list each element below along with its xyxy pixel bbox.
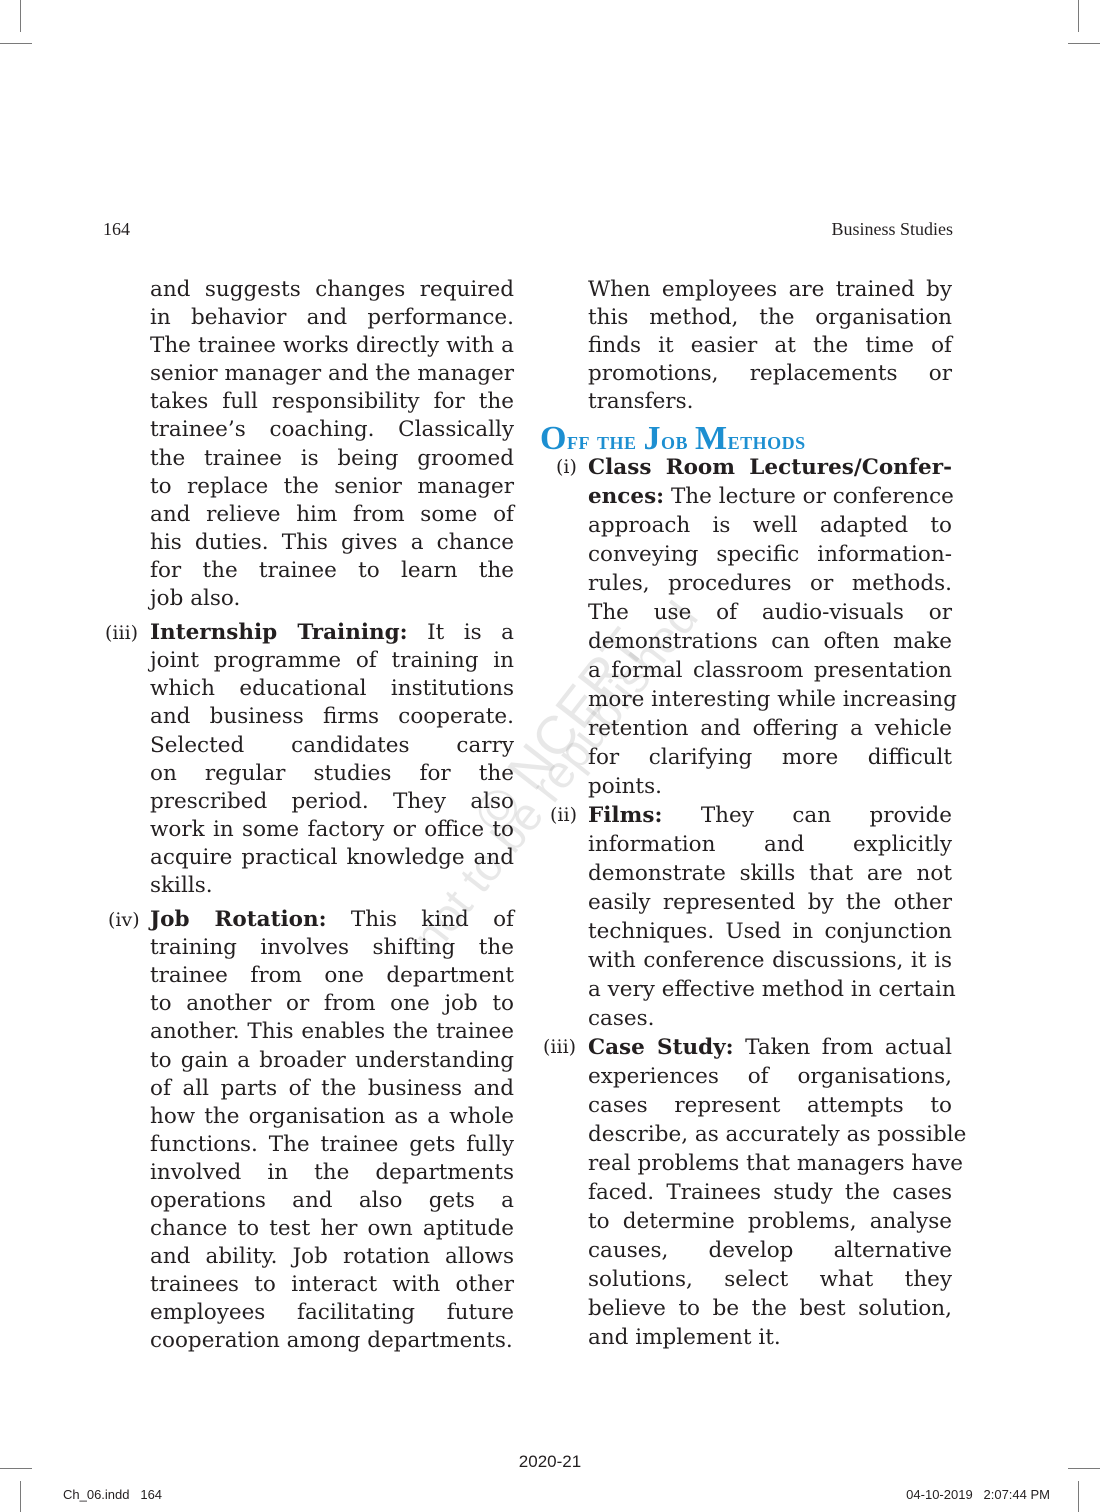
text-fragment: They can provide — [701, 803, 952, 828]
text-line: training involves shifting the — [150, 934, 514, 962]
text-line: to determine problems, analyse — [588, 1207, 952, 1236]
text-line: When employees are trained by — [588, 276, 952, 304]
text-line: real problems that managers have — [588, 1149, 952, 1178]
list-item-class-room-lectures: (i) Class Room Lectures/Confer- ences: T… — [588, 453, 952, 801]
text-line: causes, develop alternative — [588, 1236, 952, 1265]
text-line: Case Study: Taken from actual — [588, 1033, 952, 1062]
text-line: Films: They can provide — [588, 801, 952, 830]
text-line: prescribed period. They also — [150, 788, 514, 816]
text-line: trainees to interact with other — [150, 1271, 514, 1299]
text-line: finds it easier at the time of — [588, 332, 952, 360]
page-number: 164 — [103, 219, 130, 240]
text-line: to gain a broader understanding — [150, 1047, 514, 1075]
text-line: and ability. Job rotation allows — [150, 1243, 514, 1271]
list-marker: (iii) — [543, 1033, 576, 1061]
left-continuation-paragraph: and suggests changes required in behavio… — [150, 276, 514, 613]
crop-mark — [20, 0, 21, 32]
print-timestamp: 04-10-2019 2:07:44 PM — [906, 1487, 1050, 1502]
item-term: Job Rotation: — [150, 907, 327, 932]
text-line: believe to be the best solution, — [588, 1294, 952, 1323]
text-line: easily represented by the other — [588, 888, 952, 917]
footer-year: 2020-21 — [0, 1452, 1100, 1472]
text-line: employees facilitating future — [150, 1299, 514, 1327]
text-line: conveying specific information- — [588, 540, 952, 569]
text-line: this method, the organisation — [588, 304, 952, 332]
text-line: The trainee works directly with a — [150, 332, 514, 360]
text-line: Selected candidates carry — [150, 732, 514, 760]
text-line: techniques. Used in conjunction — [588, 917, 952, 946]
text-line: a formal classroom presentation — [588, 656, 952, 685]
text-line: ences: The lecture or conference — [588, 482, 952, 511]
text-line: job also. — [150, 585, 514, 613]
text-fragment: The lecture or conference — [671, 484, 954, 509]
text-line: approach is well adapted to — [588, 511, 952, 540]
list-item-job-rotation: (iv) Job Rotation: This kind of training… — [150, 906, 514, 1356]
crop-mark — [20, 1481, 21, 1512]
text-line: to another or from one job to — [150, 990, 514, 1018]
text-line: with conference discussions, it is — [588, 946, 952, 975]
heading-text: ff the — [567, 426, 644, 455]
heading-cap: O — [540, 420, 567, 457]
crop-mark — [1078, 1481, 1079, 1512]
heading-cap: M — [695, 420, 728, 457]
text-line: demonstrate skills that are not — [588, 859, 952, 888]
list-marker: (ii) — [550, 801, 577, 829]
text-line: rules, procedures or methods. — [588, 569, 952, 598]
text-line: solutions, select what they — [588, 1265, 952, 1294]
list-marker: (iv) — [108, 906, 140, 934]
file-slug: Ch_06.indd 164 — [63, 1487, 162, 1502]
text-line: acquire practical knowledge and — [150, 844, 514, 872]
list-item-films: (ii) Films: They can provide information… — [588, 801, 952, 1033]
text-line: involved in the departments — [150, 1159, 514, 1187]
right-column-continuation: When employees are trained by this metho… — [588, 276, 952, 416]
text-line: and suggests changes required — [150, 276, 514, 304]
item-term: Case Study: — [588, 1035, 734, 1060]
text-line: to replace the senior manager — [150, 473, 514, 501]
text-line: of all parts of the business and — [150, 1075, 514, 1103]
text-line: how the organisation as a whole — [150, 1103, 514, 1131]
list-marker: (i) — [556, 453, 577, 481]
text-line: takes full responsibility for the — [150, 388, 514, 416]
text-line: retention and offering a vehicle — [588, 714, 952, 743]
book-title: Business Studies — [831, 219, 953, 240]
text-line: and implement it. — [588, 1323, 952, 1352]
text-line: the trainee is being groomed — [150, 445, 514, 473]
text-line: and relieve him from some of — [150, 501, 514, 529]
heading-text: ethods — [728, 426, 806, 455]
crop-mark — [1078, 0, 1079, 32]
left-column: and suggests changes required in behavio… — [150, 276, 514, 1356]
text-line: another. This enables the trainee — [150, 1018, 514, 1046]
list-item-case-study: (iii) Case Study: Taken from actual expe… — [588, 1033, 952, 1352]
text-line: work in some factory or office to — [150, 816, 514, 844]
item-term: Internship Training: — [150, 620, 408, 645]
list-marker: (iii) — [105, 619, 138, 647]
item-term: Class Room Lectures/Confer- — [588, 455, 952, 480]
text-line: promotions, replacements or — [588, 360, 952, 388]
text-line: joint programme of training in — [150, 647, 514, 675]
text-line: and business firms cooperate. — [150, 703, 514, 731]
text-line: Class Room Lectures/Confer- — [588, 453, 952, 482]
crop-mark — [0, 43, 32, 44]
right-column-items: (i) Class Room Lectures/Confer- ences: T… — [588, 453, 952, 1352]
text-line: more interesting while increasing — [588, 685, 952, 714]
text-fragment: It is a — [427, 620, 514, 645]
text-line: in behavior and performance. — [150, 304, 514, 332]
heading-cap: J — [643, 420, 661, 457]
text-line: functions. The trainee gets fully — [150, 1131, 514, 1159]
text-line: a very effective method in certain — [588, 975, 952, 1004]
text-line: experiences of organisations, — [588, 1062, 952, 1091]
text-line: senior manager and the manager — [150, 360, 514, 388]
text-line: trainee from one department — [150, 962, 514, 990]
text-line: skills. — [150, 872, 514, 900]
item-term: Films: — [588, 803, 662, 828]
text-line: Internship Training: It is a — [150, 619, 514, 647]
text-line: on regular studies for the — [150, 760, 514, 788]
text-line: transfers. — [588, 388, 952, 416]
text-fragment: Taken from actual — [745, 1035, 952, 1060]
list-item-internship-training: (iii) Internship Training: It is a joint… — [150, 619, 514, 900]
text-line: cases. — [588, 1004, 952, 1033]
text-line: for clarifying more difficult — [588, 743, 952, 772]
text-line: Job Rotation: This kind of — [150, 906, 514, 934]
heading-text: ob — [661, 426, 695, 455]
text-line: which educational institutions — [150, 675, 514, 703]
text-line: for the trainee to learn the — [150, 557, 514, 585]
text-line: faced. Trainees study the cases — [588, 1178, 952, 1207]
text-line: The use of audio-visuals or — [588, 598, 952, 627]
crop-mark — [1068, 43, 1100, 44]
text-line: his duties. This gives a chance — [150, 529, 514, 557]
text-line: information and explicitly — [588, 830, 952, 859]
text-line: points. — [588, 772, 952, 801]
item-term-cont: ences: — [588, 484, 664, 509]
text-line: chance to test her own aptitude — [150, 1215, 514, 1243]
text-line: trainee’s coaching. Classically — [150, 416, 514, 444]
text-line: cooperation among departments. — [150, 1327, 514, 1355]
text-line: describe, as accurately as possible — [588, 1120, 952, 1149]
text-line: cases represent attempts to — [588, 1091, 952, 1120]
text-line: operations and also gets a — [150, 1187, 514, 1215]
text-line: demonstrations can often make — [588, 627, 952, 656]
text-fragment: This kind of — [351, 907, 514, 932]
